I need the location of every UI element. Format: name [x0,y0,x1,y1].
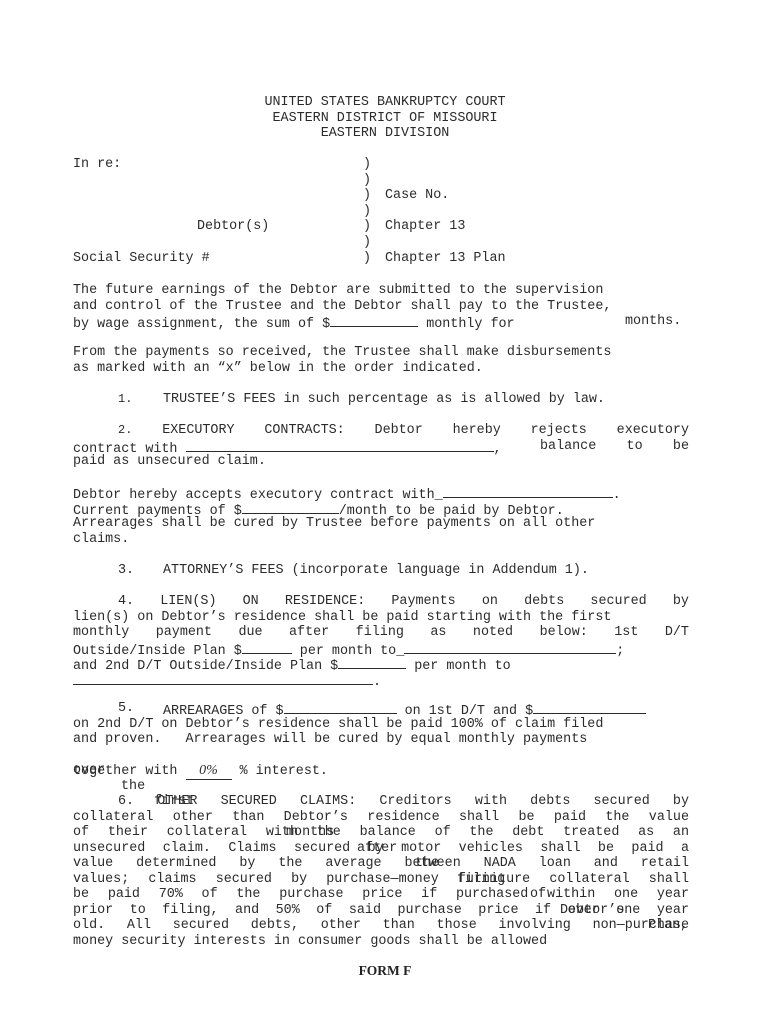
word: LIEN(S) [160,594,216,610]
item-5-line-3: and proven. Arrearages will be cured by … [73,732,587,748]
word: noted [473,625,513,641]
first-dt-arrears-field[interactable] [284,701,397,714]
word: monthly [73,625,129,641]
monthly-amount-field[interactable] [330,314,418,327]
chapter-label: Chapter 13 [385,219,465,235]
caption-paren: ) [363,188,371,204]
word: be [673,439,689,455]
word: below: [540,625,588,641]
word: on [482,594,498,610]
word: hereby [453,423,501,439]
item-6-line-6: values; claims secured by purchase—money… [73,872,689,888]
accept-line-4: claims. [73,532,129,548]
item-3-text: ATTORNEY’S FEES (incorporate language in… [163,563,589,579]
item-3-number: 3. [118,563,134,579]
form-label: FORM F [0,963,770,979]
disbursement-line-2: as marked with an “x” below in the order… [73,361,483,377]
period: . [373,675,381,690]
period: . [613,488,621,503]
word: D/T [665,625,689,641]
item-6-line-3: of their collateral with the balance of … [73,825,689,841]
second-dt-arrears-field[interactable] [533,701,646,714]
item-4-number: 4. [118,594,134,610]
word: the [121,779,145,795]
item-1-number: 1. [118,392,132,408]
word: debts [524,594,564,610]
item-1-text: TRUSTEE’S FEES in such percentage as is … [163,392,605,408]
second-dt-amount-field[interactable] [338,656,406,669]
item-4-line-2: lien(s) on Debtor’s residence shall be p… [73,610,611,626]
word: to [627,439,643,455]
ssn-label: Social Security # [73,251,210,267]
item-2-line-1: 2. EXECUTORY CONTRACTS: Debtor hereby re… [118,423,689,439]
months-field[interactable] [570,314,610,330]
word: rejects [531,423,587,439]
item-4-line-4: Outside/Inside Plan $ per month to_; [73,641,624,657]
item-2-number: 2. [118,423,132,439]
item-4-line-1: 4. LIEN(S) ON RESIDENCE: Payments on deb… [118,594,689,610]
court-name: UNITED STATES BANKRUPTCY COURT [0,95,770,111]
word: Debtor [375,423,423,439]
rejected-contract-party-field[interactable] [186,439,494,452]
item-5-line-2: on 2nd D/T on Debtor’s residence shall b… [73,717,603,733]
word: balance [540,439,596,455]
district-name: EASTERN DISTRICT OF MISSOURI [0,111,770,127]
item-5-line-5: together with 0% % interest. [73,763,328,779]
disbursement-line-1: From the payments so received, the Trust… [73,345,611,361]
word: due [238,625,262,641]
intro-text: monthly for [418,317,514,332]
interest-rate-field[interactable]: 0% [186,763,232,780]
item-6-line-4: unsecured claim. Claims secured by motor… [73,841,689,857]
caption-paren: ) [363,219,371,235]
word: executory [617,423,689,439]
intro-line-3: by wage assignment, the sum of $ monthly… [73,314,515,330]
word: after [289,625,329,641]
word: CONTRACTS: [264,423,344,439]
item-6-line-7: be paid 70% of the purchase price if pur… [73,887,689,903]
caption-paren: ) [363,173,371,189]
item-6-line-2: collateral other than Debtor’s residence… [73,810,689,826]
item-6-line-5: value determined by the average between … [73,856,689,872]
comma: , [494,442,502,457]
item-2-line-2: contract with , [73,439,502,455]
word: EXECUTORY [162,423,234,439]
first-dt-amount-field[interactable] [242,641,292,654]
word: payment [156,625,212,641]
lien-text: per month to [406,659,510,674]
item-2-line-3: paid as unsecured claim. [73,454,266,470]
item-6-line-8: prior to filing, and 50% of said purchas… [73,903,689,919]
word: RESIDENCE: [285,594,365,610]
debtors-label: Debtor(s) [197,219,269,235]
plan-title: Chapter 13 Plan [385,251,506,267]
case-no-label: Case No. [385,188,449,204]
accept-line-3: Arrearages shall be cured by Trustee bef… [73,516,595,532]
arrears-text: % interest. [232,764,328,779]
word: ON [243,594,259,610]
accept-line-2: Current payments of $/month to be paid b… [73,501,564,517]
item-6-line-10: money security interests in consumer goo… [73,934,547,950]
word: Payments [391,594,455,610]
intro-line-2: and control of the Trustee and the Debto… [73,299,611,315]
intro-line-1: The future earnings of the Debtor are su… [73,283,603,299]
second-dt-payee-field[interactable] [73,672,373,685]
word: as [430,625,446,641]
accept-line-1: Debtor hereby accepts executory contract… [73,485,621,501]
item-4-line-3: monthly payment due after filing as note… [73,625,689,641]
caption-paren: ) [363,251,371,267]
caption-paren: ) [363,204,371,220]
in-re-label: In re: [73,157,121,173]
item-6-line-9: old. All secured debts, other than those… [73,918,689,934]
word: filing [356,625,404,641]
months-label: months. [625,314,681,330]
item-2-line-2-tail: balance to be [540,439,689,455]
accepted-contract-party-field[interactable] [443,485,613,498]
caption-paren: ) [363,235,371,251]
first-dt-payee-field[interactable] [404,641,616,654]
item-5-line-1: ARREARAGES of $ on 1st D/T and $ [163,701,646,717]
word: 1st [614,625,638,641]
division-name: EASTERN DIVISION [0,126,770,142]
intro-text: by wage assignment, the sum of $ [73,317,330,332]
semicolon: ; [616,644,624,659]
item-5-number: 5. [118,701,134,717]
word: by [673,594,689,610]
caption-paren: ) [363,157,371,173]
document-page: UNITED STATES BANKRUPTCY COURT EASTERN D… [0,0,770,1024]
item-6-line-1: 6. OTHER SECURED CLAIMS: Creditors with … [118,794,689,810]
item-4-line-5: and 2nd D/T Outside/Inside Plan $ per mo… [73,656,511,672]
word: secured [590,594,646,610]
item-4-line-6: . [73,672,381,688]
current-payment-field[interactable] [242,501,339,514]
arrears-text: together with [73,764,186,779]
